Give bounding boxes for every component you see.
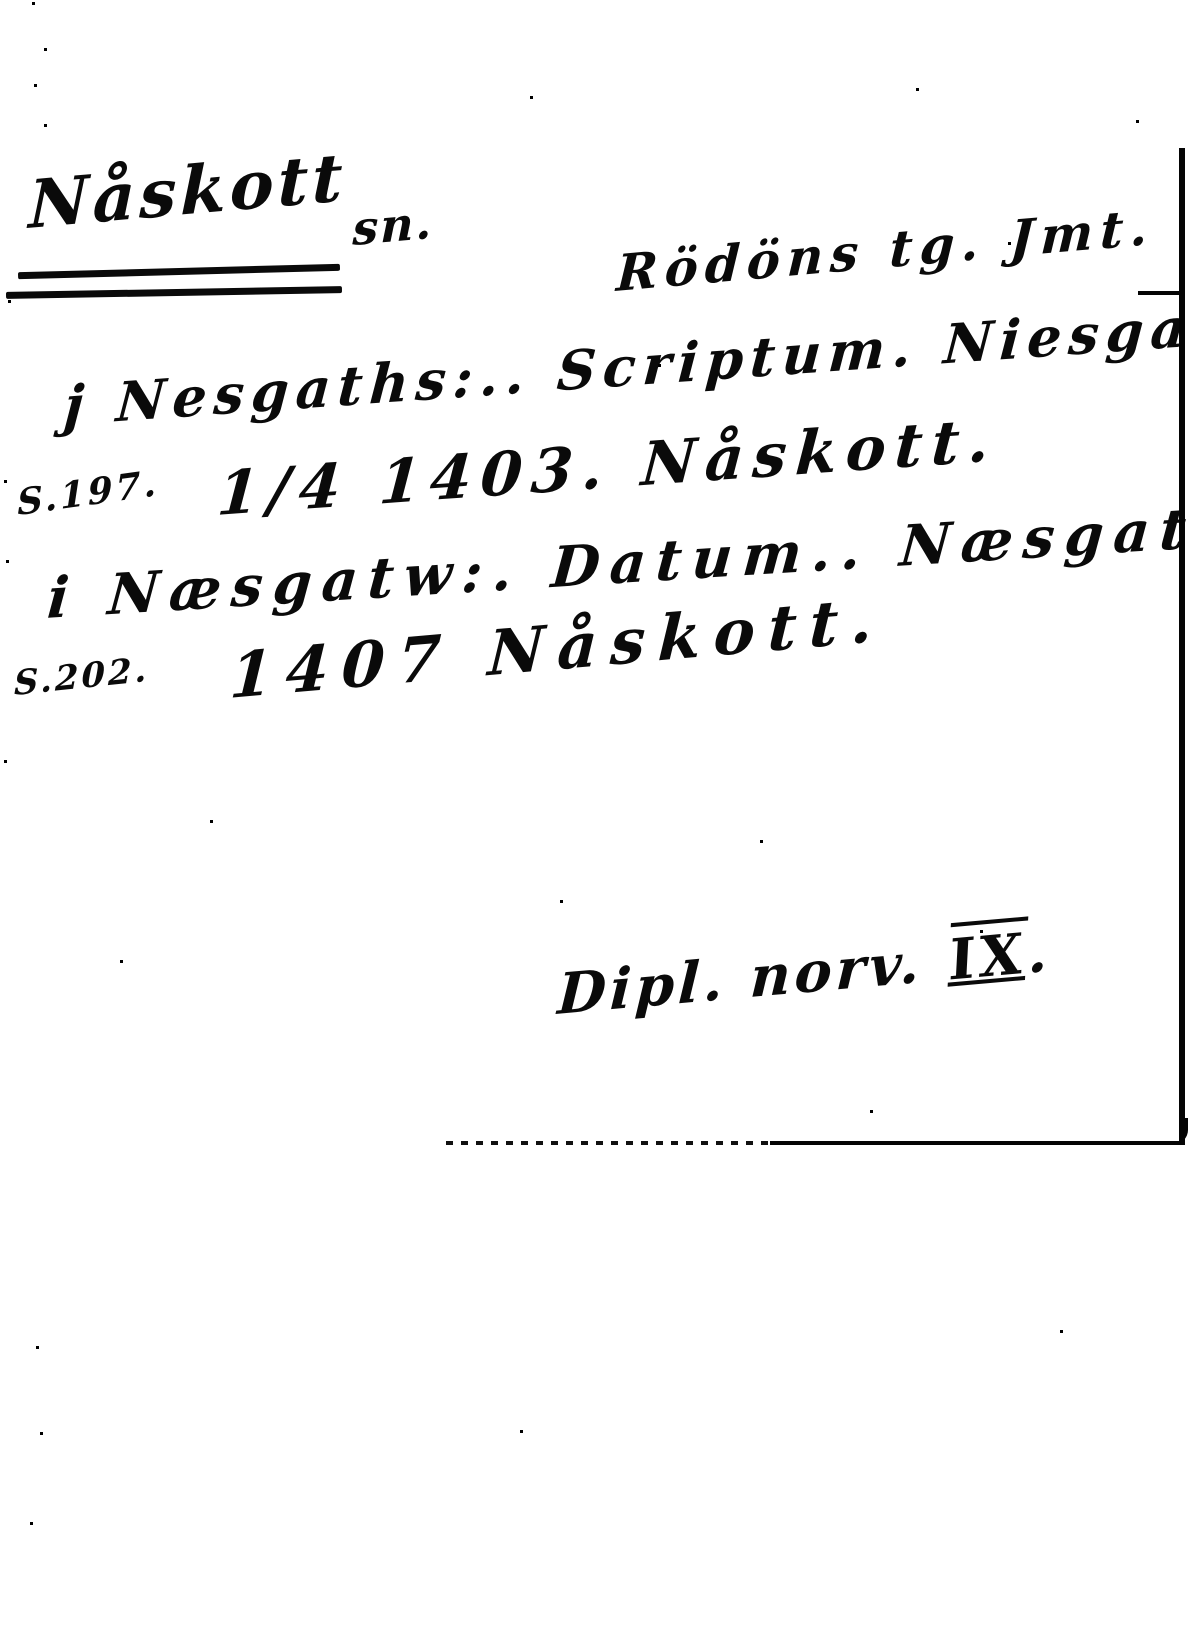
card-right-edge — [1179, 148, 1185, 1145]
heading-underline-2 — [6, 286, 342, 299]
entry-text-2: 1/4 1403. Nåskott. — [215, 405, 1001, 530]
district-line: Rödöns tg. Jmt. — [615, 196, 1156, 303]
entry-text-1: j Nesgaths:.. Scriptum. Niesgat. — [62, 291, 1189, 438]
card-bottom-right-corner — [1168, 1118, 1188, 1144]
page-ref-2: S.202. — [14, 650, 149, 704]
source-prefix: Dipl. norv. — [556, 929, 925, 1028]
heading-underline-1 — [18, 264, 340, 279]
scan-artifact-tick — [1138, 291, 1182, 295]
page-ref-1: S.197. — [17, 462, 160, 524]
source-period: . — [1027, 918, 1054, 987]
scanned-card-page: Nåskott sn. Rödöns tg. Jmt. j Nesgaths:.… — [0, 0, 1189, 1648]
scan-noise-specks — [32, 2, 35, 5]
heading-place-name: Nåskott — [28, 138, 347, 244]
card-bottom-edge-dashed — [446, 1141, 776, 1145]
heading-suffix: sn. — [352, 195, 434, 256]
source-citation: Dipl. norv. IX. — [556, 918, 1053, 1028]
source-roman-numeral: IX — [945, 920, 1030, 994]
card-bottom-edge-solid — [770, 1141, 1185, 1145]
